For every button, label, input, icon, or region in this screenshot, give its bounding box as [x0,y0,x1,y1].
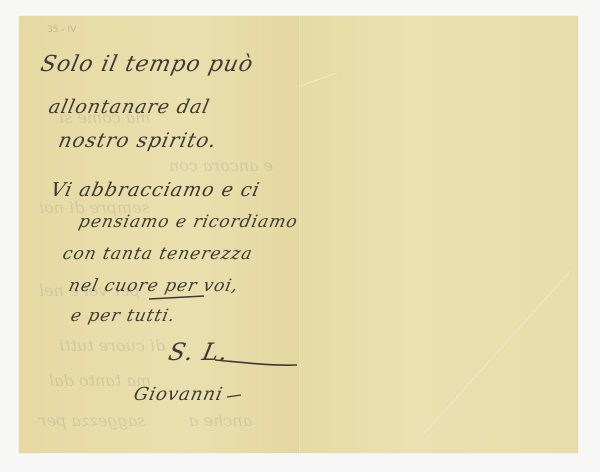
letter-sheet: ma come si e ancora con sempre di noi pe… [19,16,578,453]
right-page [299,16,578,453]
signature-name: Giovanni [132,384,225,405]
